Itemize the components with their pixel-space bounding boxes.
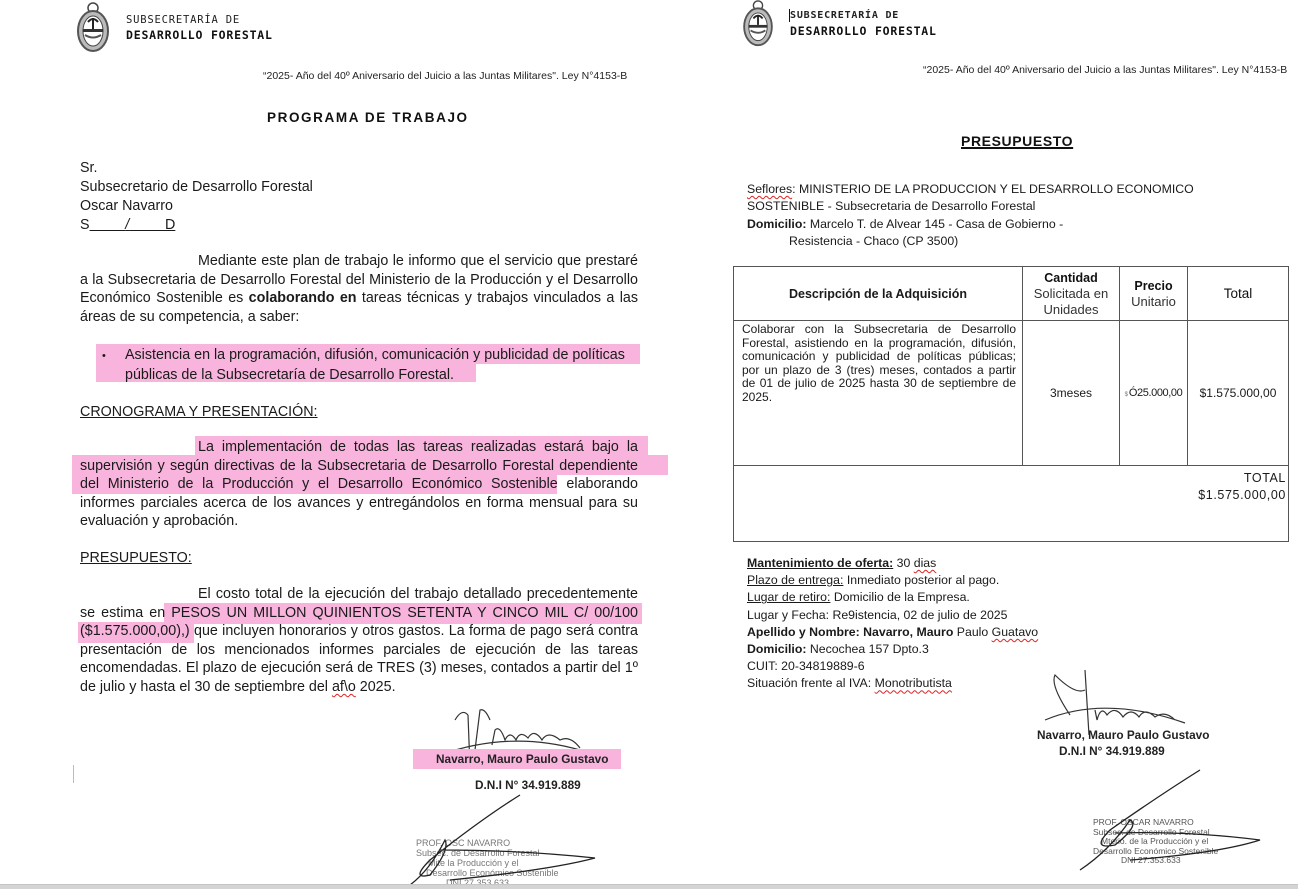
- bullet-item: •Asistencia en la programación, difusión…: [102, 346, 625, 384]
- addressee-name: Oscar Navarro: [80, 197, 313, 216]
- table-row: Colaborar con la Subsecretaria de Desarr…: [734, 321, 1289, 466]
- document-page-presupuesto: SUBSECRETARÍA DE DESARROLLO FORESTAL “20…: [680, 0, 1298, 889]
- row-description: Colaborar con la Subsecretaria de Desarr…: [734, 321, 1023, 466]
- term-label: Situación frente al IVA:: [747, 676, 871, 690]
- row-unit-price: $ Ó25.000,00: [1120, 321, 1188, 466]
- term-value-misspelled: Guatavo: [992, 625, 1039, 639]
- document-page-programa-de-trabajo: SUBSECRETARÍA DE DESARROLLO FORESTAL “20…: [0, 0, 680, 889]
- addressee-sd: S / D: [80, 216, 313, 235]
- term-item: Situación frente al IVA: Monotributista: [747, 675, 1038, 692]
- column-header-quantity: Cantidad Solicitada en Unidades: [1023, 267, 1120, 321]
- term-label: CUIT:: [747, 659, 778, 673]
- header-org-line2: DESARROLLO FORESTAL: [790, 24, 937, 38]
- provincial-coat-of-arms-icon: [76, 2, 110, 54]
- section-heading-cronograma: CRONOGRAMA Y PRESENTACIÓN:: [80, 403, 318, 422]
- column-header-description: Descripción de la Adquisición: [734, 267, 1023, 321]
- term-value: Paulo: [953, 625, 991, 639]
- term-label: Lugar y Fecha:: [747, 608, 829, 622]
- text-cursor: [73, 765, 74, 783]
- term-label: Plazo de entrega:: [747, 573, 843, 587]
- row-quantity: 3meses: [1023, 321, 1120, 466]
- term-value: Inmediato posterior al pago.: [843, 573, 999, 587]
- addressee-title: Subsecretario de Desarrollo Forestal: [80, 178, 313, 197]
- page-title: PRESUPUESTO: [961, 133, 1073, 149]
- intro-paragraph: Mediante este plan de trabajo le informo…: [80, 252, 638, 326]
- term-item: Lugar de retiro: Domicilio de la Empresa…: [747, 589, 1038, 606]
- bullet-icon: •: [102, 347, 125, 366]
- term-item: Domicilio: Necochea 157 Dpto.3: [747, 641, 1038, 658]
- addressee-block: Sr. Subsecretario de Desarrollo Forestal…: [80, 159, 313, 235]
- column-header-unit-price: Precio Unitario: [1120, 267, 1188, 321]
- stamp-signature-scribble-icon: [400, 790, 600, 885]
- table-header-row: Descripción de la Adquisición Cantidad S…: [734, 267, 1289, 321]
- terms-list: Mantenimiento de oferta: 30 diasPlazo de…: [747, 555, 1038, 693]
- term-label: Mantenimiento de oferta:: [747, 556, 893, 570]
- term-value: Domicilio de la Empresa.: [830, 590, 969, 604]
- term-label: Lugar de retiro:: [747, 590, 830, 604]
- signature-scribble-icon: [1035, 665, 1235, 735]
- recipient-block: Seflores: MINISTERIO DE LA PRODUCCION Y …: [747, 181, 1194, 251]
- term-value-misspelled: dias: [914, 556, 937, 570]
- provincial-coat-of-arms-icon: [742, 0, 774, 48]
- term-item: Plazo de entrega: Inmediato posterior al…: [747, 572, 1038, 589]
- term-label: Domicilio:: [747, 642, 806, 656]
- term-item: Apellido y Nombre: Navarro, Mauro Paulo …: [747, 624, 1038, 641]
- term-value-misspelled: Monotributista: [875, 676, 952, 690]
- page-title: PROGRAMA DE TRABAJO: [267, 110, 469, 125]
- term-item: Mantenimiento de oferta: 30 dias: [747, 555, 1038, 572]
- section-heading-presupuesto: PRESUPUESTO:: [80, 549, 192, 568]
- header-org-line1: SUBSECRETARÍA DE: [126, 14, 240, 26]
- horizontal-scrollbar[interactable]: [0, 884, 1298, 889]
- stamp-signature-scribble-icon: [1070, 765, 1270, 875]
- term-value: 30: [893, 556, 914, 570]
- commemorative-motto: “2025- Año del 40º Aniversario del Juici…: [263, 70, 627, 82]
- grand-total: TOTAL $1.575.000,00: [734, 466, 1289, 542]
- term-item: CUIT: 20-34819889-6: [747, 658, 1038, 675]
- term-value: Re9istencia, 02 de julio de 2025: [829, 608, 1007, 622]
- row-total: $1.575.000,00: [1188, 321, 1289, 466]
- term-label: Apellido y Nombre: Navarro, Mauro: [747, 625, 953, 639]
- budget-table: Descripción de la Adquisición Cantidad S…: [733, 266, 1289, 542]
- header-org-line1: SUBSECRETARÍA DE: [790, 10, 899, 21]
- signer-dni: D.N.I N° 34.919.889: [1059, 744, 1165, 758]
- grand-total-row: TOTAL $1.575.000,00: [734, 466, 1289, 542]
- cronograma-paragraph: La implementación de todas las tareas re…: [80, 438, 638, 531]
- signer-name: Navarro, Mauro Paulo Gustavo: [1037, 728, 1209, 742]
- header-org-line2: DESARROLLO FORESTAL: [126, 28, 273, 42]
- commemorative-motto: “2025- Año del 40º Aniversario del Juici…: [923, 64, 1287, 76]
- signer-name: Navarro, Mauro Paulo Gustavo: [436, 752, 608, 766]
- term-item: Lugar y Fecha: Re9istencia, 02 de julio …: [747, 607, 1038, 624]
- addressee-salutation: Sr.: [80, 159, 313, 178]
- column-header-total: Total: [1188, 267, 1289, 321]
- term-value: 20-34819889-6: [778, 659, 865, 673]
- presupuesto-paragraph: El costo total de la ejecución del traba…: [80, 585, 638, 697]
- term-value: Necochea 157 Dpto.3: [806, 642, 928, 656]
